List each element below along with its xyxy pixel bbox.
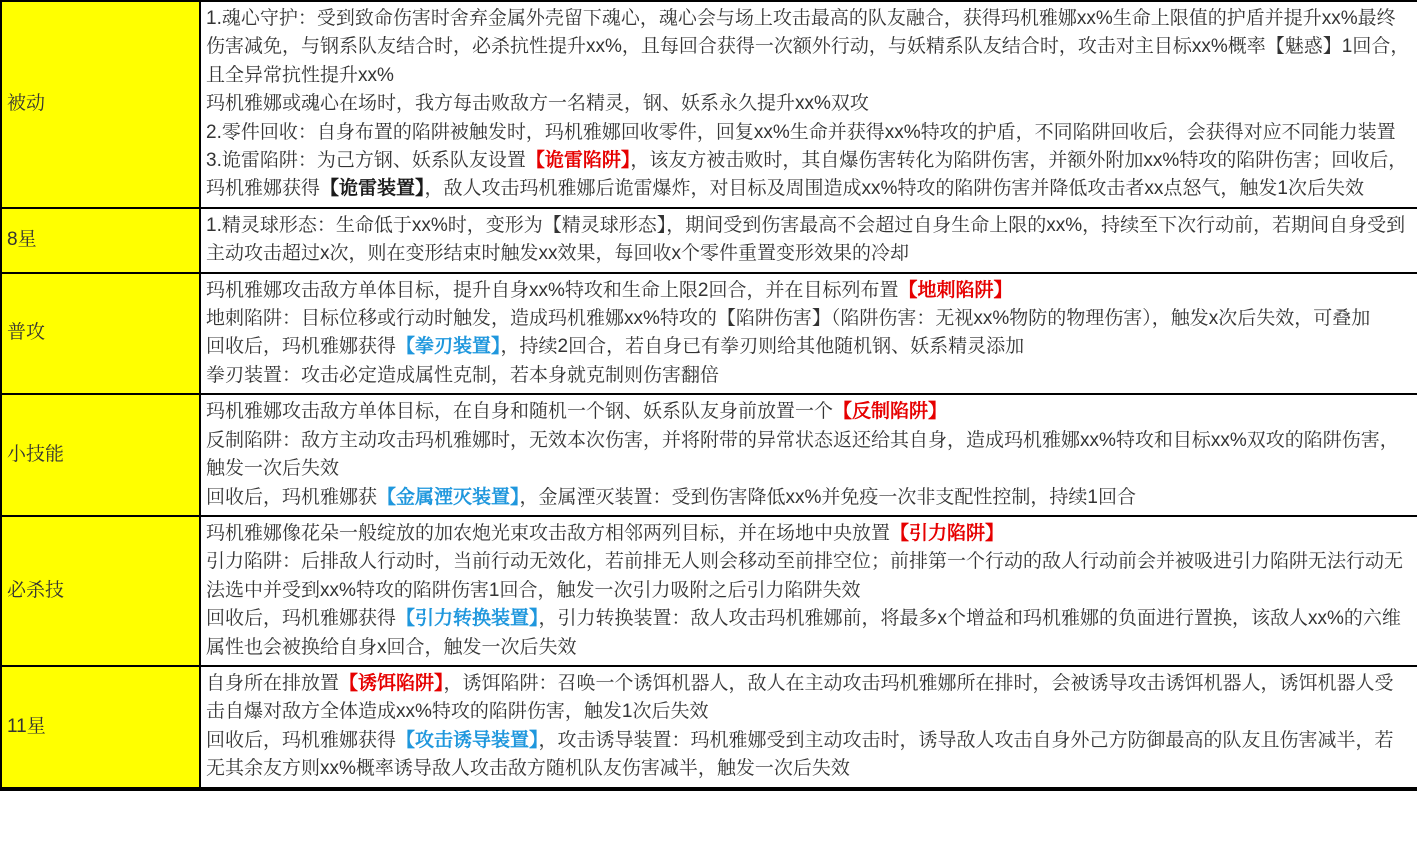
table-row: 8星1.精灵球形态：生命低于xx%时，变形为【精灵球形态】，期间受到伤害最高不会… (1, 208, 1417, 273)
skill-paragraph: 回收后，玛机雅娜获得【引力转换装置】，引力转换装置：敌人攻击玛机雅娜前，将最多x… (206, 605, 1411, 662)
skill-description-cell: 玛机雅娜攻击敌方单体目标，提升自身xx%特攻和生命上限2回合，并在目标列布置【地… (200, 273, 1417, 395)
text-segment: 回收后，玛机雅娜获得 (206, 730, 396, 751)
skill-type-cell: 普攻 (1, 273, 200, 395)
text-segment: 回收后，玛机雅娜获得 (206, 336, 396, 357)
skill-type-cell: 被动 (1, 1, 200, 208)
table-row: 普攻玛机雅娜攻击敌方单体目标，提升自身xx%特攻和生命上限2回合，并在目标列布置… (1, 273, 1417, 395)
skill-description-cell: 玛机雅娜攻击敌方单体目标，在自身和随机一个钢、妖系队友身前放置一个【反制陷阱】反… (200, 394, 1417, 516)
blue-highlight-term: 【拳刃装置】 (396, 336, 501, 357)
red-highlight-term: 【诡雷陷阱】 (526, 150, 631, 171)
text-segment: ，敌人攻击玛机雅娜后诡雷爆炸，对目标及周围造成xx%特攻的陷阱伤害并降低攻击者x… (425, 178, 1364, 199)
skill-type-label: 普攻 (7, 322, 45, 343)
skill-paragraph: 拳刃装置：攻击必定造成属性克制，若本身就克制则伤害翻倍 (206, 362, 1411, 390)
skill-paragraph: 2.零件回收：自身布置的陷阱被触发时，玛机雅娜回收零件，回复xx%生命并获得xx… (206, 119, 1411, 147)
table-row: 小技能玛机雅娜攻击敌方单体目标，在自身和随机一个钢、妖系队友身前放置一个【反制陷… (1, 394, 1417, 516)
red-highlight-term: 【诱饵陷阱】 (339, 673, 444, 694)
text-segment: 拳刃装置：攻击必定造成属性克制，若本身就克制则伤害翻倍 (206, 365, 719, 386)
skill-paragraph: 回收后，玛机雅娜获得【拳刃装置】，持续2回合，若自身已有拳刃则给其他随机钢、妖系… (206, 333, 1411, 361)
text-segment: 2.零件回收：自身布置的陷阱被触发时，玛机雅娜回收零件，回复xx%生命并获得xx… (206, 122, 1396, 143)
text-segment: 玛机雅娜攻击敌方单体目标，在自身和随机一个钢、妖系队友身前放置一个 (206, 401, 833, 422)
skill-paragraph: 1.魂心守护：受到致命伤害时舍弃金属外壳留下魂心，魂心会与场上攻击最高的队友融合… (206, 5, 1411, 90)
text-segment: 玛机雅娜或魂心在场时，我方每击败敌方一名精灵，钢、妖系永久提升xx%双攻 (206, 93, 869, 114)
skill-paragraph: 回收后，玛机雅娜获得【攻击诱导装置】，攻击诱导装置：玛机雅娜受到主动攻击时，诱导… (206, 727, 1411, 784)
skill-type-cell: 必杀技 (1, 516, 200, 666)
skill-type-cell: 11星 (1, 666, 200, 789)
text-segment: 1.魂心守护：受到致命伤害时舍弃金属外壳留下魂心，魂心会与场上攻击最高的队友融合… (206, 8, 1409, 86)
red-highlight-term: 【反制陷阱】 (833, 401, 947, 422)
skill-type-cell: 小技能 (1, 394, 200, 516)
blue-highlight-term: 【金属湮灭装置】 (377, 487, 520, 508)
text-segment: 玛机雅娜像花朵一般绽放的加农炮光束攻击敌方相邻两列目标，并在场地中央放置 (206, 523, 890, 544)
skill-description-cell: 1.精灵球形态：生命低于xx%时，变形为【精灵球形态】，期间受到伤害最高不会超过… (200, 208, 1417, 273)
skill-paragraph: 玛机雅娜攻击敌方单体目标，提升自身xx%特攻和生命上限2回合，并在目标列布置【地… (206, 277, 1411, 305)
text-segment: ，金属湮灭装置：受到伤害降低xx%并免疫一次非支配性控制，持续1回合 (520, 487, 1136, 508)
skill-description-cell: 1.魂心守护：受到致命伤害时舍弃金属外壳留下魂心，魂心会与场上攻击最高的队友融合… (200, 1, 1417, 208)
skill-description-cell: 玛机雅娜像花朵一般绽放的加农炮光束攻击敌方相邻两列目标，并在场地中央放置【引力陷… (200, 516, 1417, 666)
skill-table: 被动1.魂心守护：受到致命伤害时舍弃金属外壳留下魂心，魂心会与场上攻击最高的队友… (0, 0, 1417, 791)
skill-type-label: 8星 (7, 229, 37, 250)
red-highlight-term: 【地刺陷阱】 (898, 280, 1012, 301)
table-row: 11星自身所在排放置【诱饵陷阱】，诱饵陷阱：召唤一个诱饵机器人，敌人在主动攻击玛… (1, 666, 1417, 789)
text-segment: ，持续2回合，若自身已有拳刃则给其他随机钢、妖系精灵添加 (501, 336, 1025, 357)
skill-paragraph: 玛机雅娜攻击敌方单体目标，在自身和随机一个钢、妖系队友身前放置一个【反制陷阱】 (206, 398, 1411, 426)
text-segment: 3.诡雷陷阱：为己方钢、妖系队友设置 (206, 150, 526, 171)
blue-highlight-term: 【引力转换装置】 (396, 608, 539, 629)
text-segment: 回收后，玛机雅娜获 (206, 487, 377, 508)
skill-paragraph: 回收后，玛机雅娜获【金属湮灭装置】，金属湮灭装置：受到伤害降低xx%并免疫一次非… (206, 484, 1411, 512)
skill-description-cell: 自身所在排放置【诱饵陷阱】，诱饵陷阱：召唤一个诱饵机器人，敌人在主动攻击玛机雅娜… (200, 666, 1417, 789)
table-row: 必杀技玛机雅娜像花朵一般绽放的加农炮光束攻击敌方相邻两列目标，并在场地中央放置【… (1, 516, 1417, 666)
text-segment: 反制陷阱：敌方主动攻击玛机雅娜时，无效本次伤害，并将附带的异常状态返还给其自身，… (206, 430, 1399, 479)
skill-type-label: 被动 (7, 93, 45, 114)
skill-type-label: 小技能 (7, 444, 64, 465)
skill-type-label: 11星 (7, 716, 46, 737)
text-segment: 引力陷阱：后排敌人行动时，当前行动无效化，若前排无人则会移动至前排空位；前排第一… (206, 551, 1403, 600)
skill-type-label: 必杀技 (7, 580, 64, 601)
text-segment: 1.精灵球形态：生命低于xx%时，变形为【精灵球形态】，期间受到伤害最高不会超过… (206, 215, 1405, 264)
skill-paragraph: 反制陷阱：敌方主动攻击玛机雅娜时，无效本次伤害，并将附带的异常状态返还给其自身，… (206, 427, 1411, 484)
skill-paragraph: 3.诡雷陷阱：为己方钢、妖系队友设置【诡雷陷阱】，该友方被击败时，其自爆伤害转化… (206, 147, 1411, 204)
skill-paragraph: 玛机雅娜或魂心在场时，我方每击败敌方一名精灵，钢、妖系永久提升xx%双攻 (206, 90, 1411, 118)
skill-paragraph: 自身所在排放置【诱饵陷阱】，诱饵陷阱：召唤一个诱饵机器人，敌人在主动攻击玛机雅娜… (206, 670, 1411, 727)
text-segment: 玛机雅娜攻击敌方单体目标，提升自身xx%特攻和生命上限2回合，并在目标列布置 (206, 280, 898, 301)
skill-paragraph: 玛机雅娜像花朵一般绽放的加农炮光束攻击敌方相邻两列目标，并在场地中央放置【引力陷… (206, 520, 1411, 548)
skill-type-cell: 8星 (1, 208, 200, 273)
table-row: 被动1.魂心守护：受到致命伤害时舍弃金属外壳留下魂心，魂心会与场上攻击最高的队友… (1, 1, 1417, 208)
page: 被动1.魂心守护：受到致命伤害时舍弃金属外壳留下魂心，魂心会与场上攻击最高的队友… (0, 0, 1417, 791)
skill-paragraph: 地刺陷阱：目标位移或行动时触发，造成玛机雅娜xx%特攻的【陷阱伤害】（陷阱伤害：… (206, 305, 1411, 333)
skill-paragraph: 引力陷阱：后排敌人行动时，当前行动无效化，若前排无人则会移动至前排空位；前排第一… (206, 548, 1411, 605)
skill-paragraph: 1.精灵球形态：生命低于xx%时，变形为【精灵球形态】，期间受到伤害最高不会超过… (206, 212, 1411, 269)
bold-highlight-term: 【诡雷装置】 (320, 178, 425, 199)
text-segment: 自身所在排放置 (206, 673, 339, 694)
blue-highlight-term: 【攻击诱导装置】 (396, 730, 539, 751)
text-segment: 回收后，玛机雅娜获得 (206, 608, 396, 629)
red-highlight-term: 【引力陷阱】 (890, 523, 1004, 544)
text-segment: 地刺陷阱：目标位移或行动时触发，造成玛机雅娜xx%特攻的【陷阱伤害】（陷阱伤害：… (206, 308, 1370, 329)
skill-table-body: 被动1.魂心守护：受到致命伤害时舍弃金属外壳留下魂心，魂心会与场上攻击最高的队友… (1, 1, 1417, 789)
